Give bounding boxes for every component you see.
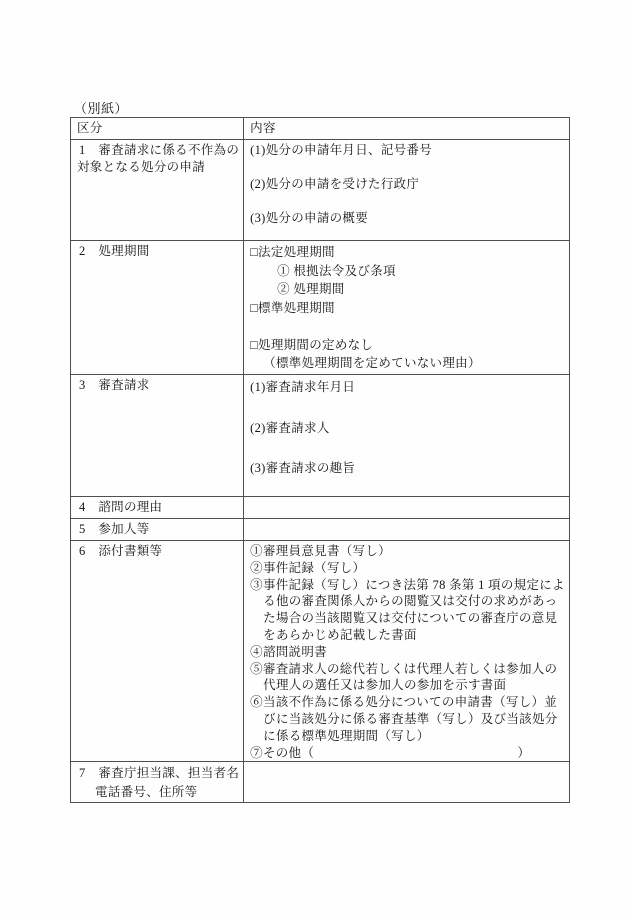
blank-line bbox=[250, 438, 565, 458]
content-cell bbox=[244, 519, 570, 541]
row-participants: 5 参加人等 bbox=[71, 519, 570, 541]
category-cell: 4 諮問の理由 bbox=[71, 497, 244, 519]
content-line: (2)審査請求人 bbox=[250, 418, 565, 438]
document-page: （別紙） 区分 内容 1 審査請求に係る不作為の 対象となる処分の申請 (1)処… bbox=[0, 0, 630, 915]
checkbox-option-legal-period: □法定処理期間 bbox=[250, 243, 565, 262]
row-agency-contact: 7 審査庁担当課、担当者名 電話番号、住所等 bbox=[71, 762, 570, 803]
content-cell: (1)審査請求年月日 (2)審査請求人 (3)審査請求の趣旨 bbox=[244, 375, 570, 497]
classification-table: 区分 内容 1 審査請求に係る不作為の 対象となる処分の申請 (1)処分の申請年… bbox=[70, 117, 570, 803]
content-line-other: ⑦その他（ ） bbox=[250, 745, 530, 762]
category-line: 4 諮問の理由 bbox=[77, 499, 239, 516]
header-content-label: 内容 bbox=[250, 120, 565, 137]
blank-line bbox=[250, 159, 565, 176]
content-cell bbox=[244, 497, 570, 519]
content-line: ①審理員意見書（写し） bbox=[250, 543, 565, 560]
content-line: ⑤審査請求人の総代若しくは代理人若しくは参加人の bbox=[250, 661, 565, 678]
blank-line bbox=[250, 317, 565, 336]
content-line: に係る標準処理期間（写し） bbox=[250, 728, 565, 745]
content-line: ②事件記録（写し） bbox=[250, 560, 565, 577]
attachment-label: （別紙） bbox=[74, 98, 128, 117]
row-application: 1 審査請求に係る不作為の 対象となる処分の申請 (1)処分の申請年月日、記号番… bbox=[71, 140, 570, 241]
category-cell: 5 参加人等 bbox=[71, 519, 244, 541]
content-line: びに当該処分に係る審査基準（写し）及び当該処分 bbox=[250, 711, 565, 728]
header-category-cell: 区分 bbox=[71, 118, 244, 140]
content-line: ① 根拠法令及び条項 bbox=[250, 262, 565, 281]
category-cell: 7 審査庁担当課、担当者名 電話番号、住所等 bbox=[71, 762, 244, 803]
content-line: ⑥当該不作為に係る処分についての申請書（写し）並 bbox=[250, 694, 565, 711]
checkbox-label: 標準処理期間 bbox=[258, 301, 335, 315]
checkbox-icon: □ bbox=[250, 245, 258, 259]
category-line: 対象となる処分の申請 bbox=[77, 159, 239, 176]
content-line: た場合の当該閲覧又は交付についての審査庁の意見 bbox=[250, 610, 565, 627]
content-line: （標準処理期間を定めていない理由） bbox=[250, 354, 565, 373]
content-line: (3)審査請求の趣旨 bbox=[250, 458, 565, 478]
category-line: 1 審査請求に係る不作為の bbox=[77, 142, 239, 159]
content-cell bbox=[244, 762, 570, 803]
checkbox-label: 法定処理期間 bbox=[258, 245, 335, 259]
category-cell: 6 添付書類等 bbox=[71, 541, 244, 762]
row-examination-request: 3 審査請求 (1)審査請求年月日 (2)審査請求人 (3)審査請求の趣旨 bbox=[71, 375, 570, 497]
content-line: (2)処分の申請を受けた行政庁 bbox=[250, 176, 565, 193]
checkbox-option-standard-period: □標準処理期間 bbox=[250, 299, 565, 318]
other-open-text: ⑦その他（ bbox=[250, 745, 314, 762]
content-line: をあらかじめ記載した書面 bbox=[250, 627, 565, 644]
content-cell: ①審理員意見書（写し） ②事件記録（写し） ③事件記録（写し）につき法第 78 … bbox=[244, 541, 570, 762]
content-line: (1)審査請求年月日 bbox=[250, 377, 565, 397]
category-cell: 1 審査請求に係る不作為の 対象となる処分の申請 bbox=[71, 140, 244, 241]
header-category-label: 区分 bbox=[77, 120, 239, 137]
content-line: 代理人の選任又は参加人の参加を示す書面 bbox=[250, 677, 565, 694]
header-content-cell: 内容 bbox=[244, 118, 570, 140]
category-line: 6 添付書類等 bbox=[77, 543, 239, 560]
content-cell: □法定処理期間 ① 根拠法令及び条項 ② 処理期間 □標準処理期間 □処理期間の… bbox=[244, 241, 570, 375]
category-line: 3 審査請求 bbox=[77, 377, 239, 394]
content-line: ③事件記録（写し）につき法第 78 条第 1 項の規定によ bbox=[250, 577, 565, 594]
content-line: (3)処分の申請の概要 bbox=[250, 210, 565, 227]
checkbox-icon: □ bbox=[250, 338, 258, 352]
content-line: (1)処分の申請年月日、記号番号 bbox=[250, 142, 565, 159]
category-line: 2 処理期間 bbox=[77, 243, 239, 260]
category-cell: 3 審査請求 bbox=[71, 375, 244, 497]
category-line: 5 参加人等 bbox=[77, 521, 239, 538]
content-cell: (1)処分の申請年月日、記号番号 (2)処分の申請を受けた行政庁 (3)処分の申… bbox=[244, 140, 570, 241]
category-line: 電話番号、住所等 bbox=[77, 783, 239, 802]
checkbox-icon: □ bbox=[250, 301, 258, 315]
row-referral-reason: 4 諮問の理由 bbox=[71, 497, 570, 519]
table-header-row: 区分 内容 bbox=[71, 118, 570, 140]
category-cell: 2 処理期間 bbox=[71, 241, 244, 375]
checkbox-label: 処理期間の定めなし bbox=[258, 338, 373, 352]
category-line: 7 審査庁担当課、担当者名 bbox=[77, 764, 239, 783]
blank-line bbox=[250, 397, 565, 417]
content-line: ② 処理期間 bbox=[250, 280, 565, 299]
checkbox-option-no-period: □処理期間の定めなし bbox=[250, 336, 565, 355]
content-line: ④諮問説明書 bbox=[250, 644, 565, 661]
other-close-paren: ） bbox=[517, 745, 530, 762]
blank-line bbox=[250, 193, 565, 210]
row-processing-period: 2 処理期間 □法定処理期間 ① 根拠法令及び条項 ② 処理期間 □標準処理期間… bbox=[71, 241, 570, 375]
row-attached-documents: 6 添付書類等 ①審理員意見書（写し） ②事件記録（写し） ③事件記録（写し）に… bbox=[71, 541, 570, 762]
content-line: る他の審査関係人からの閲覧又は交付の求めがあっ bbox=[250, 593, 565, 610]
